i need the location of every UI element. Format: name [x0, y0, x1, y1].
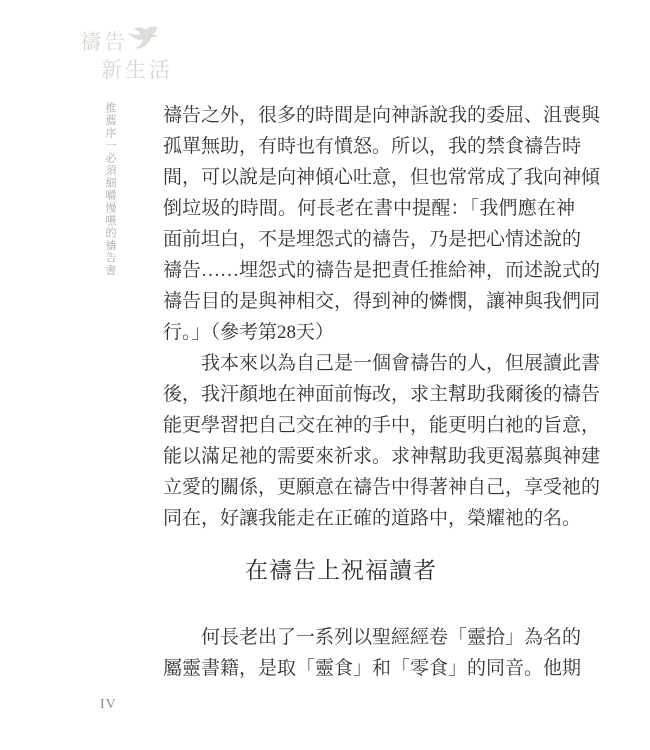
logo-text-line2: 新生活 — [101, 58, 173, 84]
text-line: 我本來以為自己是一個會禱告的人，但展讀此書 — [163, 348, 575, 379]
text-line: 面前坦白，不是埋怨式的禱告，乃是把心情述說的 — [163, 224, 575, 255]
text-line: 能更學習把自己交在神的手中，能更明白祂的旨意， — [163, 410, 575, 441]
text-line: 間，可以說是向神傾心吐意，但也常常成了我向神傾 — [163, 162, 575, 193]
text-line: 行。」（參考第28天） — [163, 317, 575, 348]
text-line: 禱告目的是與神相交，得到神的憐憫，讓神與我們同 — [163, 286, 575, 317]
text-line: 立愛的關係，更願意在禱告中得著神自己，享受祂的 — [163, 472, 575, 503]
publisher-logo: 禱告 新生活 — [80, 30, 173, 84]
text-line: 能以滿足祂的需要來祈求。求神幫助我更渴慕與神建 — [163, 441, 575, 472]
text-line: 後，我汗顏地在神面前悔改，求主幫助我爾後的禱告 — [163, 379, 575, 410]
text-column: 禱告之外，很多的時間是向神訴說我的委屈、沮喪與 孤單無助，有時也有憤怒。所以，我… — [163, 100, 575, 684]
dove-icon — [126, 24, 160, 54]
chapter-side-caption: 推薦序一必須細嚼慢嚥的禱告書 — [102, 102, 118, 287]
text-line: 何長老出了一系列以聖經經卷「靈拾」為名的 — [163, 622, 575, 653]
text-line: 禱告……埋怨式的禱告是把責任推給神，而述說式的 — [163, 255, 575, 286]
text-line: 禱告之外，很多的時間是向神訴說我的委屈、沮喪與 — [163, 100, 575, 131]
text-line: 倒垃圾的時間。何長老在書中提醒：「我們應在神 — [163, 193, 575, 224]
text-line: 孤單無助，有時也有憤怒。所以，我的禁食禱告時 — [163, 131, 575, 162]
text-line: 同在，好讓我能走在正確的道路中，榮耀祂的名。 — [163, 503, 575, 534]
text-line: 屬靈書籍，是取「靈食」和「零食」的同音。他期 — [163, 653, 575, 684]
book-page: { "logo": { "line1": "禱告", "line2": "新生活… — [0, 0, 650, 750]
page-number: IV — [100, 697, 117, 713]
section-heading: 在禱告上祝福讀者 — [163, 556, 575, 586]
